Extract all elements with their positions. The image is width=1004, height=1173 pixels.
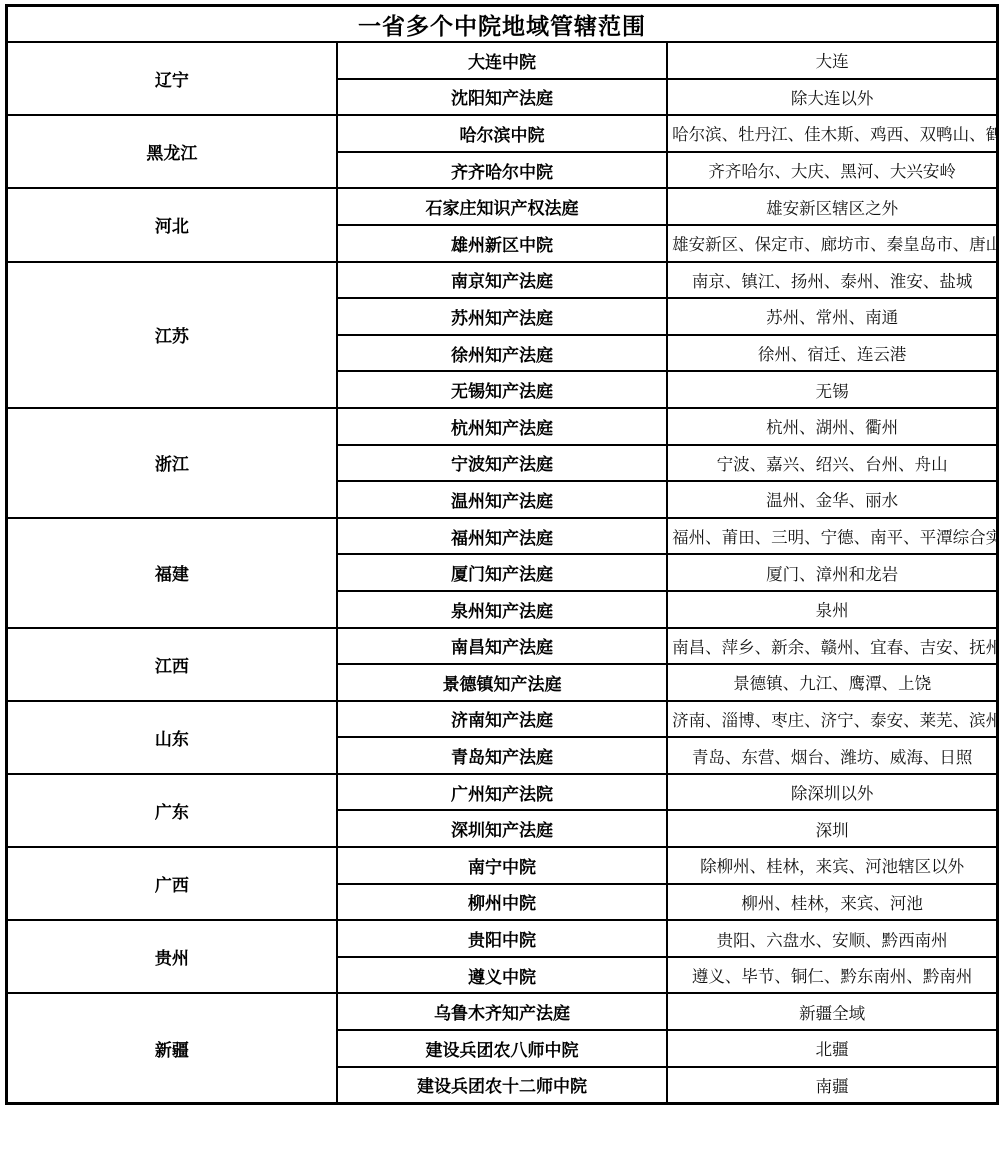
region-cell: 徐州、宿迁、连云港 xyxy=(667,335,997,372)
region-cell: 杭州、湖州、衢州 xyxy=(667,408,997,445)
region-cell: 除柳州、桂林，来宾、河池辖区以外 xyxy=(667,847,997,884)
court-cell: 建设兵团农十二师中院 xyxy=(337,1067,667,1104)
region-cell: 景德镇、九江、鹰潭、上饶 xyxy=(667,664,997,701)
region-cell: 哈尔滨、牡丹江、佳木斯、鸡西、双鸭山、鹤岗、伊春、七台河、绥化 xyxy=(667,115,997,152)
province-cell: 山东 xyxy=(7,701,337,774)
court-cell: 雄州新区中院 xyxy=(337,225,667,262)
province-cell: 福建 xyxy=(7,518,337,628)
table-row: 黑龙江哈尔滨中院哈尔滨、牡丹江、佳木斯、鸡西、双鸭山、鹤岗、伊春、七台河、绥化 xyxy=(7,115,998,152)
table-row: 新疆乌鲁木齐知产法庭新疆全域 xyxy=(7,993,998,1030)
province-cell: 江苏 xyxy=(7,262,337,408)
court-cell: 景德镇知产法庭 xyxy=(337,664,667,701)
table-row: 河北石家庄知识产权法庭雄安新区辖区之外 xyxy=(7,188,998,225)
province-cell: 广东 xyxy=(7,774,337,847)
province-cell: 河北 xyxy=(7,188,337,261)
region-cell: 济南、淄博、枣庄、济宁、泰安、莱芜、滨州、德州、聊城、临沂、菏泽 xyxy=(667,701,997,738)
region-cell: 泉州 xyxy=(667,591,997,628)
region-cell: 北疆 xyxy=(667,1030,997,1067)
jurisdiction-table-page: 一省多个中院地域管辖范围 辽宁大连中院大连沈阳知产法庭除大连以外黑龙江哈尔滨中院… xyxy=(0,0,1004,1173)
court-cell: 温州知产法庭 xyxy=(337,481,667,518)
court-cell: 乌鲁木齐知产法庭 xyxy=(337,993,667,1030)
region-cell: 新疆全域 xyxy=(667,993,997,1030)
court-cell: 济南知产法庭 xyxy=(337,701,667,738)
region-cell: 福州、莆田、三明、宁德、南平、平潭综合实验区 xyxy=(667,518,997,555)
court-cell: 南宁中院 xyxy=(337,847,667,884)
court-cell: 遵义中院 xyxy=(337,957,667,994)
province-cell: 江西 xyxy=(7,628,337,701)
table-row: 山东济南知产法庭济南、淄博、枣庄、济宁、泰安、莱芜、滨州、德州、聊城、临沂、菏泽 xyxy=(7,701,998,738)
region-cell: 除深圳以外 xyxy=(667,774,997,811)
region-cell: 雄安新区、保定市、廊坊市、秦皇岛市、唐山市、张家口市、承德市 xyxy=(667,225,997,262)
title-row: 一省多个中院地域管辖范围 xyxy=(7,6,998,43)
region-cell: 柳州、桂林，来宾、河池 xyxy=(667,884,997,921)
court-cell: 厦门知产法庭 xyxy=(337,554,667,591)
province-cell: 广西 xyxy=(7,847,337,920)
province-cell: 黑龙江 xyxy=(7,115,337,188)
table-row: 贵州贵阳中院贵阳、六盘水、安顺、黔西南州 xyxy=(7,920,998,957)
region-cell: 无锡 xyxy=(667,371,997,408)
region-cell: 深圳 xyxy=(667,810,997,847)
region-cell: 遵义、毕节、铜仁、黔东南州、黔南州 xyxy=(667,957,997,994)
region-cell: 青岛、东营、烟台、潍坊、威海、日照 xyxy=(667,737,997,774)
court-cell: 苏州知产法庭 xyxy=(337,298,667,335)
court-cell: 南京知产法庭 xyxy=(337,262,667,299)
region-cell: 厦门、漳州和龙岩 xyxy=(667,554,997,591)
court-cell: 哈尔滨中院 xyxy=(337,115,667,152)
region-cell: 大连 xyxy=(667,42,997,79)
region-cell: 温州、金华、丽水 xyxy=(667,481,997,518)
table-row: 辽宁大连中院大连 xyxy=(7,42,998,79)
court-cell: 广州知产法院 xyxy=(337,774,667,811)
table-row: 福建福州知产法庭福州、莆田、三明、宁德、南平、平潭综合实验区 xyxy=(7,518,998,555)
court-cell: 石家庄知识产权法庭 xyxy=(337,188,667,225)
court-cell: 青岛知产法庭 xyxy=(337,737,667,774)
court-cell: 徐州知产法庭 xyxy=(337,335,667,372)
court-cell: 齐齐哈尔中院 xyxy=(337,152,667,189)
court-cell: 泉州知产法庭 xyxy=(337,591,667,628)
table-row: 广西南宁中院除柳州、桂林，来宾、河池辖区以外 xyxy=(7,847,998,884)
region-cell: 南疆 xyxy=(667,1067,997,1104)
table-row: 江西南昌知产法庭南昌、萍乡、新余、赣州、宜春、吉安、抚州 xyxy=(7,628,998,665)
region-cell: 南京、镇江、扬州、泰州、淮安、盐城 xyxy=(667,262,997,299)
court-cell: 建设兵团农八师中院 xyxy=(337,1030,667,1067)
province-cell: 辽宁 xyxy=(7,42,337,115)
province-cell: 新疆 xyxy=(7,993,337,1103)
page-title: 一省多个中院地域管辖范围 xyxy=(7,6,998,43)
region-cell: 苏州、常州、南通 xyxy=(667,298,997,335)
region-cell: 除大连以外 xyxy=(667,79,997,116)
court-cell: 无锡知产法庭 xyxy=(337,371,667,408)
region-cell: 南昌、萍乡、新余、赣州、宜春、吉安、抚州 xyxy=(667,628,997,665)
region-cell: 宁波、嘉兴、绍兴、台州、舟山 xyxy=(667,445,997,482)
court-cell: 柳州中院 xyxy=(337,884,667,921)
court-cell: 大连中院 xyxy=(337,42,667,79)
table-row: 江苏南京知产法庭南京、镇江、扬州、泰州、淮安、盐城 xyxy=(7,262,998,299)
table-body: 辽宁大连中院大连沈阳知产法庭除大连以外黑龙江哈尔滨中院哈尔滨、牡丹江、佳木斯、鸡… xyxy=(7,42,998,1103)
region-cell: 贵阳、六盘水、安顺、黔西南州 xyxy=(667,920,997,957)
court-cell: 福州知产法庭 xyxy=(337,518,667,555)
court-cell: 沈阳知产法庭 xyxy=(337,79,667,116)
region-cell: 雄安新区辖区之外 xyxy=(667,188,997,225)
court-cell: 深圳知产法庭 xyxy=(337,810,667,847)
province-cell: 浙江 xyxy=(7,408,337,518)
region-cell: 齐齐哈尔、大庆、黑河、大兴安岭 xyxy=(667,152,997,189)
province-cell: 贵州 xyxy=(7,920,337,993)
table-row: 浙江杭州知产法庭杭州、湖州、衢州 xyxy=(7,408,998,445)
court-cell: 杭州知产法庭 xyxy=(337,408,667,445)
court-cell: 贵阳中院 xyxy=(337,920,667,957)
jurisdiction-table: 一省多个中院地域管辖范围 辽宁大连中院大连沈阳知产法庭除大连以外黑龙江哈尔滨中院… xyxy=(5,4,999,1105)
court-cell: 宁波知产法庭 xyxy=(337,445,667,482)
table-row: 广东广州知产法院除深圳以外 xyxy=(7,774,998,811)
court-cell: 南昌知产法庭 xyxy=(337,628,667,665)
